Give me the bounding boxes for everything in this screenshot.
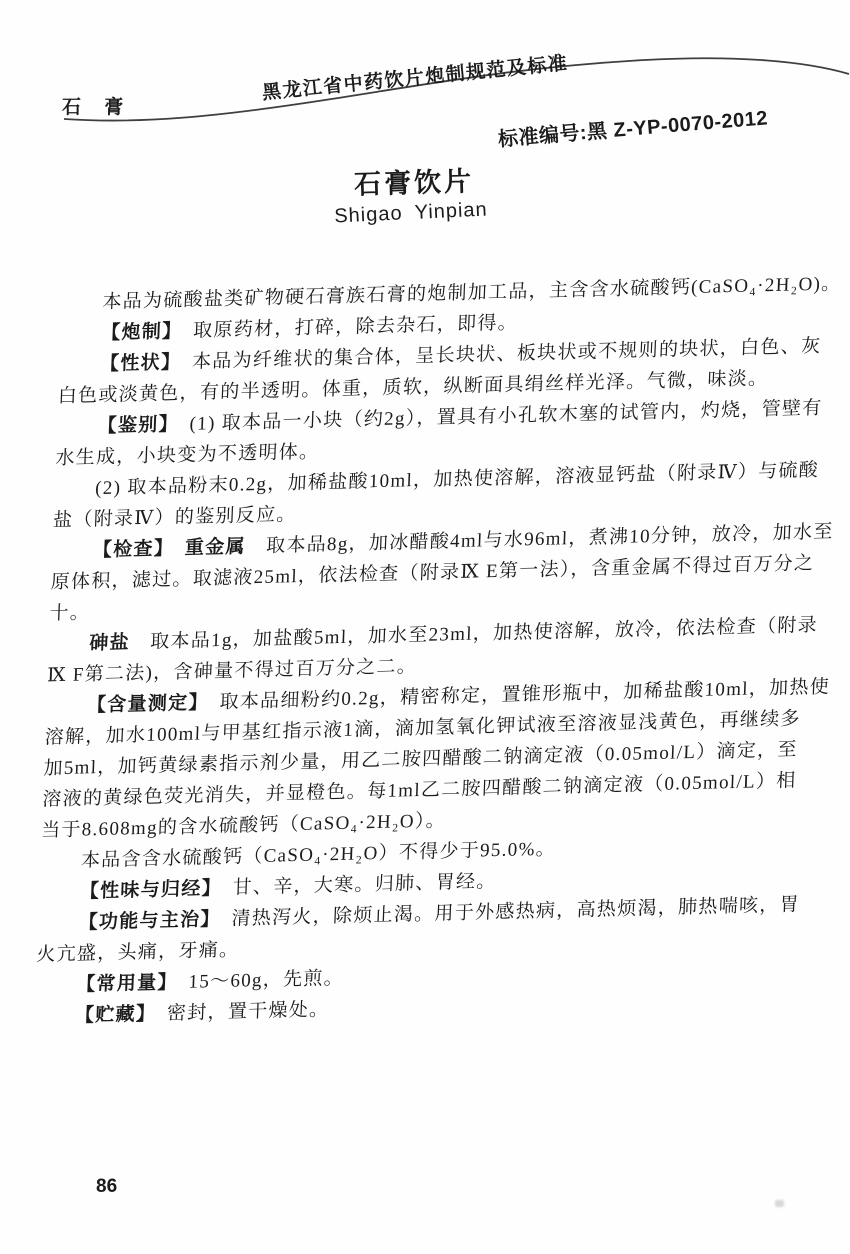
bold-segment: 【含量测定】 bbox=[87, 693, 200, 717]
standard-number: 标准编号:黑 Z-YP-0070-2012 bbox=[497, 101, 769, 152]
text-segment: Ⅸ F第二法)，含砷量不得过百万分之二。 bbox=[47, 656, 418, 686]
text-segment: 甘、辛，大寒。归肺、胃经。 bbox=[212, 871, 497, 899]
text-segment: 火亢盛，头痛，牙痛。 bbox=[36, 939, 240, 965]
text-segment bbox=[164, 538, 185, 560]
bold-segment: 【检查】 bbox=[92, 538, 165, 561]
bold-segment: 【性味与归经】 bbox=[79, 878, 212, 902]
bold-segment: 重金属 bbox=[184, 536, 246, 559]
bold-segment: 【性状】 bbox=[100, 352, 173, 375]
bold-segment: 【炮制】 bbox=[101, 321, 174, 344]
text-segment: 15～60g，先煎。 bbox=[168, 968, 345, 993]
monograph-body: 本品为硫酸盐类矿物硬石膏族石膏的炮制加工品，主含含水硫酸钙(CaSO₄·2H₂O… bbox=[33, 269, 804, 1033]
page-number: 86 bbox=[96, 1176, 117, 1198]
bold-segment: 【鉴别】 bbox=[97, 414, 170, 437]
bold-segment: 【贮藏】 bbox=[75, 1004, 148, 1027]
bold-segment: 【功能与主治】 bbox=[78, 909, 211, 933]
scan-artifact bbox=[775, 1200, 784, 1207]
text-segment: 密封，置干燥处。 bbox=[146, 999, 330, 1025]
text-segment: 盐（附录Ⅳ）的鉴别反应。 bbox=[53, 504, 297, 531]
bold-segment: 【常用量】 bbox=[76, 972, 169, 995]
bold-segment: 砷盐 bbox=[89, 632, 130, 654]
document-page: 石 膏 黑龙江省中药饮片炮制规范及标准 标准编号:黑 Z-YP-0070-201… bbox=[0, 0, 850, 1254]
text-segment: 取原药材，打碎，除去杂石，即得。 bbox=[173, 312, 519, 342]
text-segment: 水生成，小块变为不透明体。 bbox=[55, 441, 320, 469]
margin-drug-name: 石 膏 bbox=[62, 92, 132, 119]
book-header-title: 黑龙江省中药饮片炮制规范及标准 bbox=[261, 48, 570, 105]
text-segment: 十。 bbox=[49, 602, 90, 624]
